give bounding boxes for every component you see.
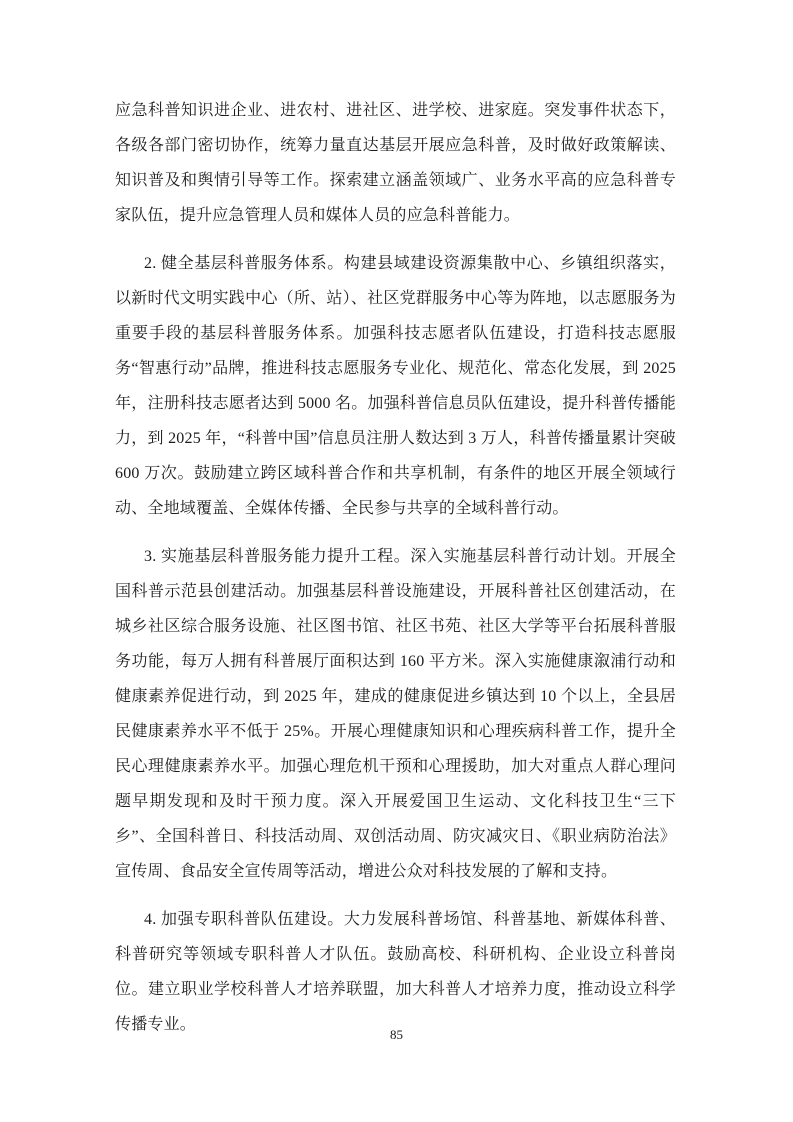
- document-body: 应急科普知识进企业、进农村、进社区、进学校、进家庭。突发事件状态下，各级各部门密…: [115, 93, 676, 1055]
- page-footer: 85: [0, 1026, 793, 1044]
- paragraph-item-3: 3. 实施基层科普服务能力提升工程。深入实施基层科普行动计划。开展全国科普示范县…: [115, 539, 676, 889]
- document-page: 应急科普知识进企业、进农村、进社区、进学校、进家庭。突发事件状态下，各级各部门密…: [0, 0, 793, 1122]
- paragraph-item-2: 2. 健全基层科普服务体系。构建县域建设资源集散中心、乡镇组织落实，以新时代文明…: [115, 246, 676, 526]
- page-number: 85: [390, 1027, 403, 1042]
- paragraph-continuation: 应急科普知识进企业、进农村、进社区、进学校、进家庭。突发事件状态下，各级各部门密…: [115, 93, 676, 233]
- paragraph-item-4: 4. 加强专职科普队伍建设。大力发展科普场馆、科普基地、新媒体科普、科普研究等领…: [115, 902, 676, 1042]
